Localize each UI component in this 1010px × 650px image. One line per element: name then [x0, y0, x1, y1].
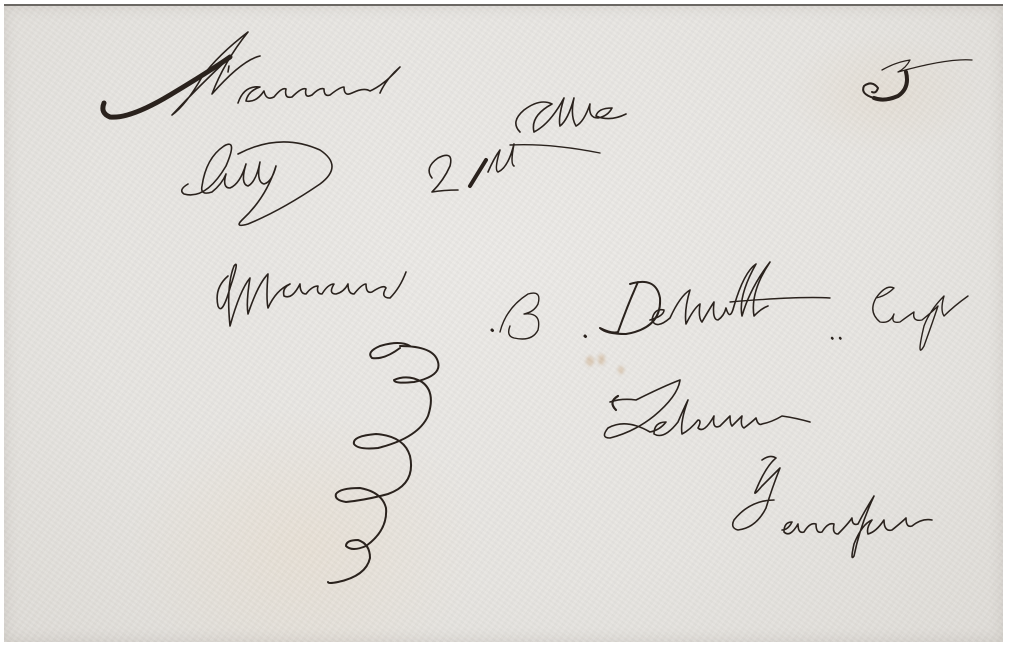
address-state-script [733, 456, 932, 557]
handwriting-layer [0, 0, 1010, 650]
rate-marking-5-script [863, 60, 972, 100]
rate-marking-3-script [328, 343, 439, 583]
address-name-script [217, 262, 968, 350]
scan-stage: Marion Ala. July 21st 5 3 Marcus B. DeWi… [0, 0, 1010, 650]
docket-date-script [182, 142, 600, 225]
address-city-script [604, 380, 810, 438]
docket-origin-script [103, 32, 626, 132]
